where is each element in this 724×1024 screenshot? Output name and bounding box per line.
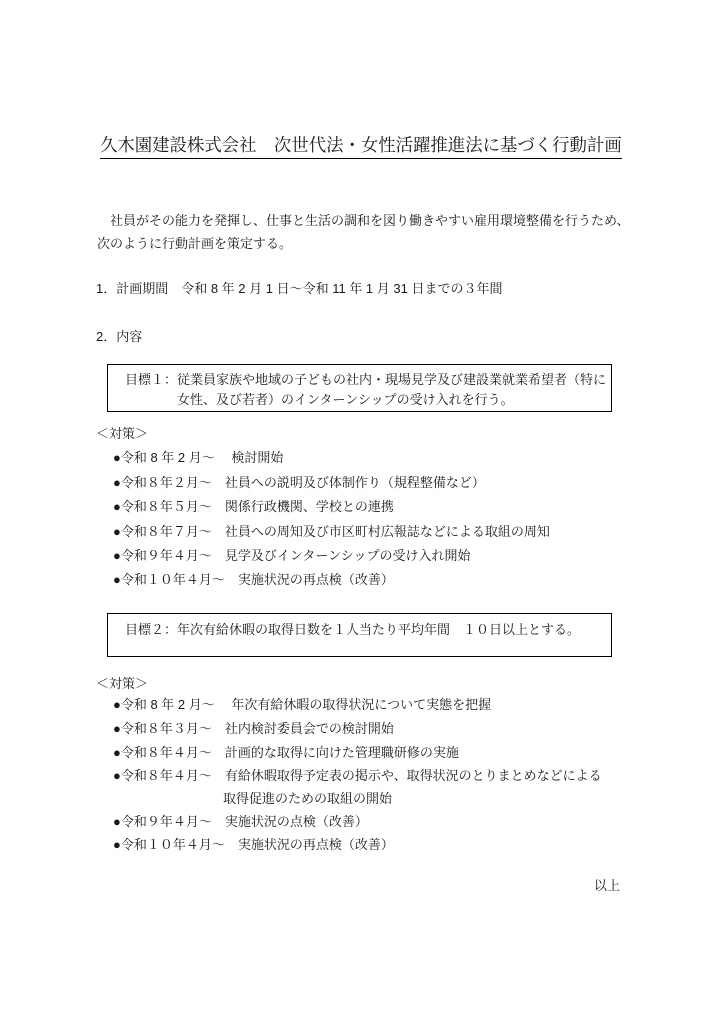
measure1-item-2: ●令和８年２月～ 社員への説明及び体制作り（規程整備など） xyxy=(113,476,485,490)
intro-line-2: 次のように行動計画を策定する。 xyxy=(97,232,629,255)
content-heading: 2．内容 xyxy=(96,330,142,344)
goal1-text-line-2: 女性、及び若者）のインターンシップの受け入れを行う。 xyxy=(108,390,611,410)
measures2-label: ＜対策＞ xyxy=(96,677,148,691)
measure1-item-5: ●令和９年４月～ 見学及びインターンシップの受け入れ開始 xyxy=(113,549,471,563)
measure2-item-6: ●令和１０年４月～ 実施状況の再点検（改善） xyxy=(113,838,394,852)
measure1-item-3: ●令和８年５月～ 関係行政機関、学校との連携 xyxy=(113,500,394,514)
measures1-label: ＜対策＞ xyxy=(96,427,148,441)
measure2-item-2: ●令和８年３月～ 社内検討委員会での検討開始 xyxy=(113,722,394,736)
measure2-item-3: ●令和８年４月～ 計画的な取得に向けた管理職研修の実施 xyxy=(113,746,459,760)
measure2-item-5: ●令和９年４月～ 実施状況の点検（改善） xyxy=(113,815,368,829)
closing-text: 以上 xyxy=(97,879,620,893)
document-page: 久木園建設株式会社 次世代法・女性活躍推進法に基づく行動計画 社員がその能力を発… xyxy=(0,0,724,1024)
measure1-item-4: ●令和８年７月～ 社員への周知及び市区町村広報誌などによる取組の周知 xyxy=(113,525,550,539)
intro-paragraph: 社員がその能力を発揮し、仕事と生活の調和を図り働きやすい雇用環境整備を行うため、… xyxy=(97,209,629,255)
goal1-text-line-1: 目標１：従業員家族や地域の子どもの社内・現場見学及び建設業就業希望者（特に xyxy=(108,370,611,390)
intro-line-1: 社員がその能力を発揮し、仕事と生活の調和を図り働きやすい雇用環境整備を行うため、 xyxy=(97,209,629,232)
measure2-item-4: ●令和８年４月～ 有給休暇取得予定表の掲示や、取得状況のとりまとめなどによる xyxy=(113,769,602,783)
measure1-item-6: ●令和１０年４月～ 実施状況の再点検（改善） xyxy=(113,573,394,587)
plan-period-heading: 1．計画期間 令和 8 年 2 月 1 日～令和 11 年 1 月 31 日まで… xyxy=(96,282,502,296)
measure2-item-4-continuation: 取得促進のための取組の開始 xyxy=(223,792,392,806)
measure2-item-1: ●令和 8 年 2 月～ 年次有給休暇の取得状況について実態を把握 xyxy=(113,698,491,712)
goal2-text-line-1: 目標２：年次有給休暇の取得日数を１人当たり平均年間 １０日以上とする。 xyxy=(108,620,611,640)
goal1-box: 目標１：従業員家族や地域の子どもの社内・現場見学及び建設業就業希望者（特に 女性… xyxy=(107,364,612,412)
goal2-box: 目標２：年次有給休暇の取得日数を１人当たり平均年間 １０日以上とする。 xyxy=(107,613,612,657)
measure1-item-1: ●令和 8 年 2 月～ 検討開始 xyxy=(113,451,283,465)
document-title: 久木園建設株式会社 次世代法・女性活躍推進法に基づく行動計画 xyxy=(100,131,622,159)
